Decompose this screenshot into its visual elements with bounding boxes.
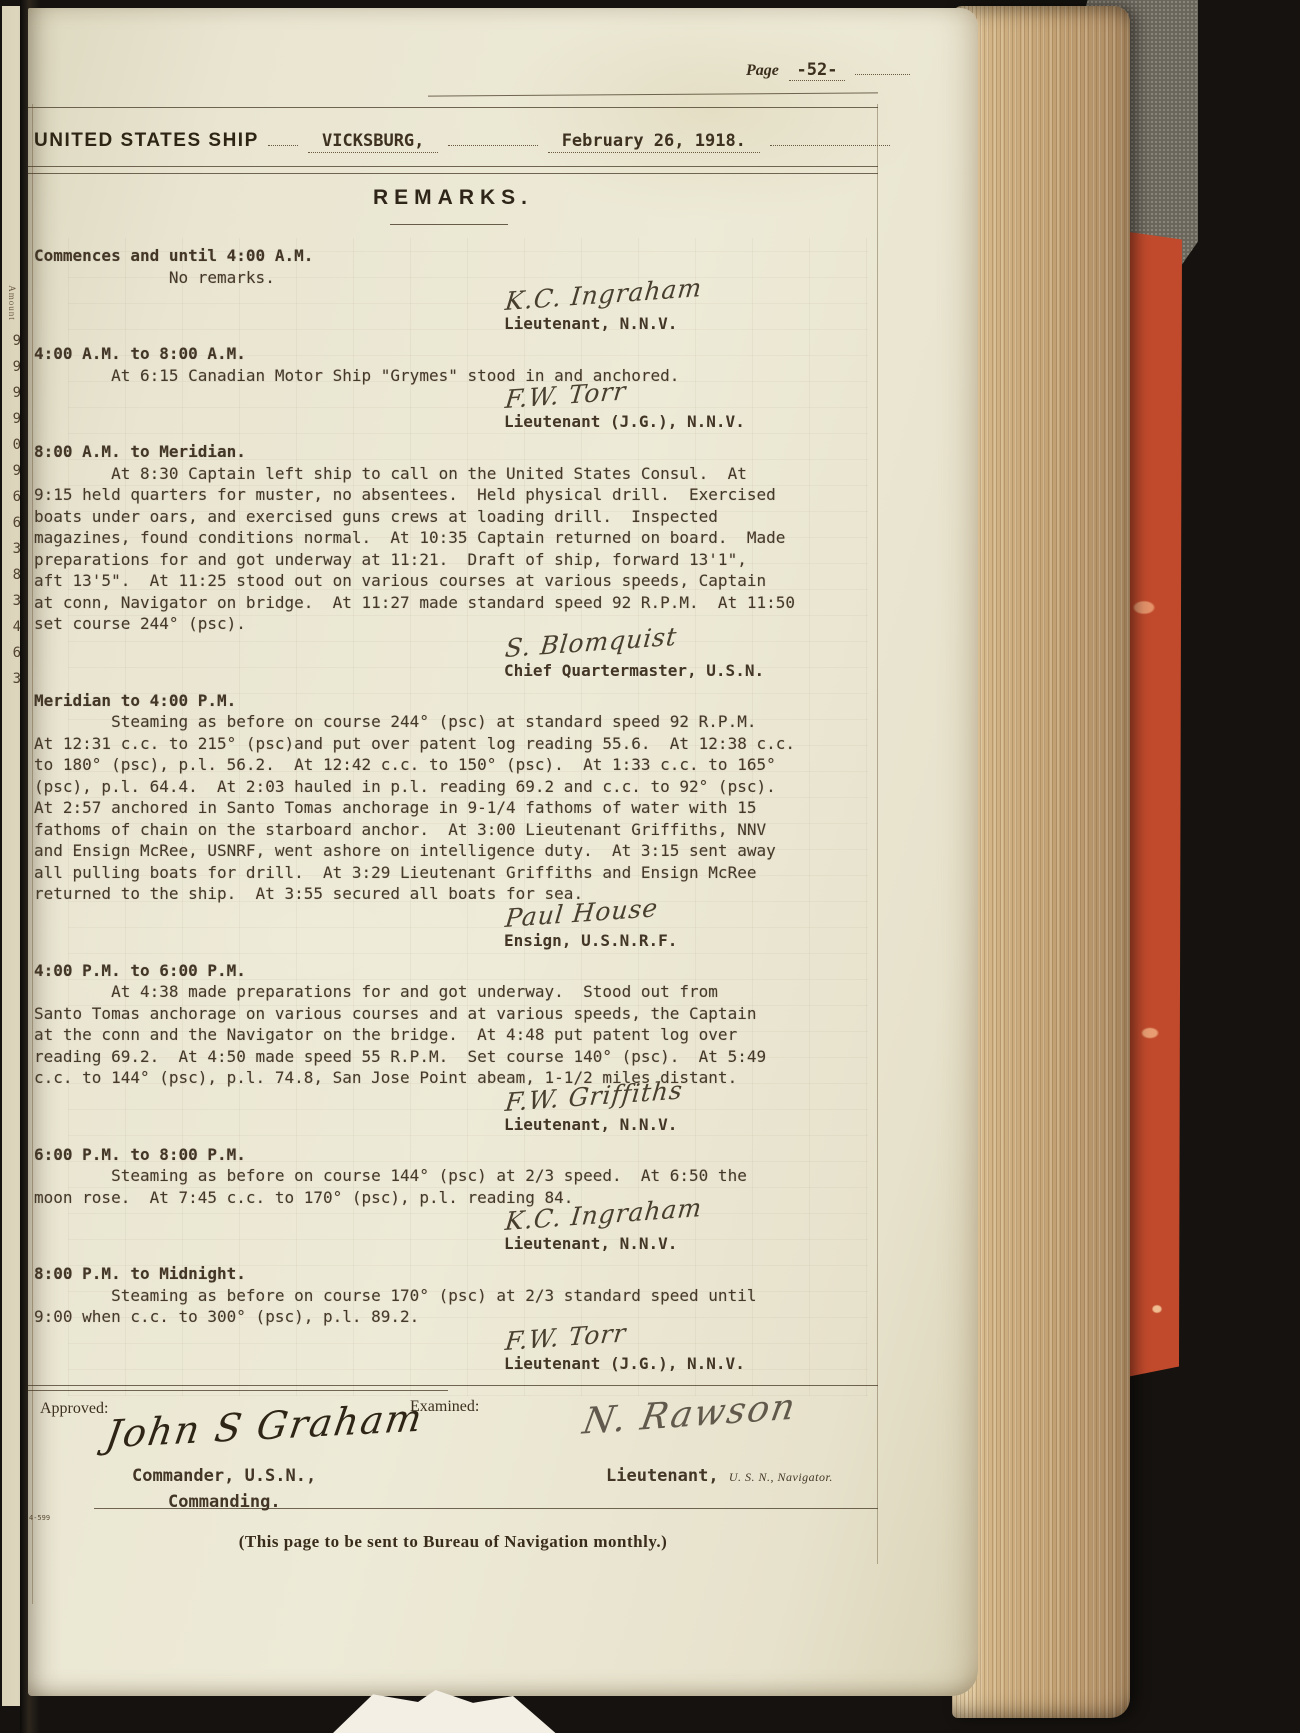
officer-title: Lieutenant, N.N.V. — [504, 1115, 879, 1135]
signature-block: F.W. Torr Lieutenant (J.G.), N.N.V. — [504, 1329, 879, 1374]
sliver-amount-label: Amount — [7, 285, 17, 321]
margin-number: 4 — [5, 614, 21, 640]
officer-title: Ensign, U.S.N.R.F. — [504, 931, 879, 951]
paper-scrap — [318, 1690, 568, 1733]
entries: Commences and until 4:00 A.M. No remarks… — [34, 245, 879, 1383]
entry-period-heading: Meridian to 4:00 P.M. — [34, 690, 879, 712]
margin-number: 6 — [5, 484, 21, 510]
remarks-title: REMARKS. — [28, 186, 878, 210]
footer-rule — [28, 1385, 878, 1386]
margin-number: 3 — [5, 536, 21, 562]
form-number: 4-599 — [29, 1514, 50, 1522]
logbook-scene: Amount 99990966383463 Page -52- UNITED S… — [0, 0, 1300, 1733]
entry-period-heading: Commences and until 4:00 A.M. — [34, 245, 879, 267]
log-entry: Commences and until 4:00 A.M. No remarks… — [34, 245, 879, 334]
approved-label: Approved: — [40, 1400, 108, 1418]
examined-title-rank: Lieutenant, — [606, 1466, 719, 1486]
examined-label: Examined: — [410, 1398, 479, 1416]
margin-number: 6 — [5, 640, 21, 666]
ship-label: UNITED STATES SHIP — [34, 130, 259, 151]
signature-block: Paul House Ensign, U.S.N.R.F. — [504, 906, 879, 951]
examined-signature: N. Rawson — [580, 1386, 800, 1443]
signature-block: K.C. Ingraham Lieutenant, N.N.V. — [504, 289, 879, 334]
log-page: Page -52- UNITED STATES SHIP VICKSBURG, … — [28, 8, 978, 1696]
left-border-line — [32, 104, 33, 1604]
margin-number: 3 — [5, 666, 21, 692]
examined-title: Lieutenant, U. S. N., Navigator. — [606, 1466, 833, 1486]
signature-block: K.C. Ingraham Lieutenant, N.N.V. — [504, 1209, 879, 1254]
margin-number: 9 — [5, 406, 21, 432]
margin-number: 3 — [5, 588, 21, 614]
margin-number: 9 — [5, 380, 21, 406]
margin-number: 9 — [5, 458, 21, 484]
dotted-blank — [770, 131, 890, 146]
entry-period-heading: 8:00 A.M. to Meridian. — [34, 441, 879, 463]
entry-body-text: Steaming as before on course 244° (psc) … — [34, 711, 879, 905]
margin-number: 9 — [5, 354, 21, 380]
log-entry: 8:00 A.M. to Meridian. At 8:30 Captain l… — [34, 441, 879, 681]
entry-period-heading: 8:00 P.M. to Midnight. — [34, 1263, 879, 1285]
margin-number: 0 — [5, 432, 21, 458]
entry-period-heading: 6:00 P.M. to 8:00 P.M. — [34, 1144, 879, 1166]
margin-number: 6 — [5, 510, 21, 536]
entry-body-text: At 8:30 Captain left ship to call on the… — [34, 463, 879, 635]
log-entry: 4:00 P.M. to 6:00 P.M. At 4:38 made prep… — [34, 960, 879, 1135]
log-entry: 4:00 A.M. to 8:00 A.M. At 6:15 Canadian … — [34, 343, 879, 432]
header-rule-1 — [28, 166, 878, 167]
bureau-note: (This page to be sent to Bureau of Navig… — [28, 1532, 878, 1552]
page-number-block: Page -52- — [746, 60, 910, 80]
officer-title: Lieutenant, N.N.V. — [504, 1234, 879, 1254]
ship-name: VICKSBURG, — [308, 131, 438, 153]
signature-block: F.W. Torr Lieutenant (J.G.), N.N.V. — [504, 387, 879, 432]
top-short-rule — [428, 92, 878, 96]
signature-block: S. Blomquist Chief Quartermaster, U.S.N. — [504, 636, 879, 681]
header-rule-2 — [28, 173, 878, 174]
approved-signature: John S Graham — [103, 1395, 427, 1456]
officer-title: Lieutenant (J.G.), N.N.V. — [504, 1354, 879, 1374]
log-entry: Meridian to 4:00 P.M. Steaming as before… — [34, 690, 879, 951]
page-label: Page — [746, 62, 779, 79]
page-number-dotted-line — [855, 60, 910, 75]
log-entry: 6:00 P.M. to 8:00 P.M. Steaming as befor… — [34, 1144, 879, 1255]
header-row: UNITED STATES SHIP VICKSBURG, February 2… — [34, 130, 879, 152]
page-number: -52- — [789, 60, 846, 81]
remarks-underline — [390, 224, 508, 225]
margin-number: 9 — [5, 328, 21, 354]
margin-numbers: 99990966383463 — [5, 328, 21, 692]
signature-block: F.W. Griffiths Lieutenant, N.N.V. — [504, 1090, 879, 1135]
entry-period-heading: 4:00 A.M. to 8:00 A.M. — [34, 343, 879, 365]
dotted-blank — [268, 131, 298, 146]
log-entry: 8:00 P.M. to Midnight. Steaming as befor… — [34, 1263, 879, 1374]
entry-period-heading: 4:00 P.M. to 6:00 P.M. — [34, 960, 879, 982]
officer-title: Lieutenant, N.N.V. — [504, 314, 879, 334]
footer-rule-secondary — [28, 1390, 448, 1391]
officer-title: Chief Quartermaster, U.S.N. — [504, 661, 879, 681]
officer-title: Lieutenant (J.G.), N.N.V. — [504, 412, 879, 432]
examined-title-detail: U. S. N., Navigator. — [729, 1470, 833, 1484]
approved-title-line2: Commanding. — [168, 1492, 281, 1512]
log-date: February 26, 1918. — [548, 131, 760, 153]
approved-title-line1: Commander, U.S.N., — [132, 1466, 316, 1486]
top-rule — [28, 107, 878, 108]
page-fore-edge — [952, 6, 1130, 1718]
bottom-thin-rule — [94, 1508, 878, 1509]
dotted-blank — [448, 131, 538, 146]
margin-number: 8 — [5, 562, 21, 588]
